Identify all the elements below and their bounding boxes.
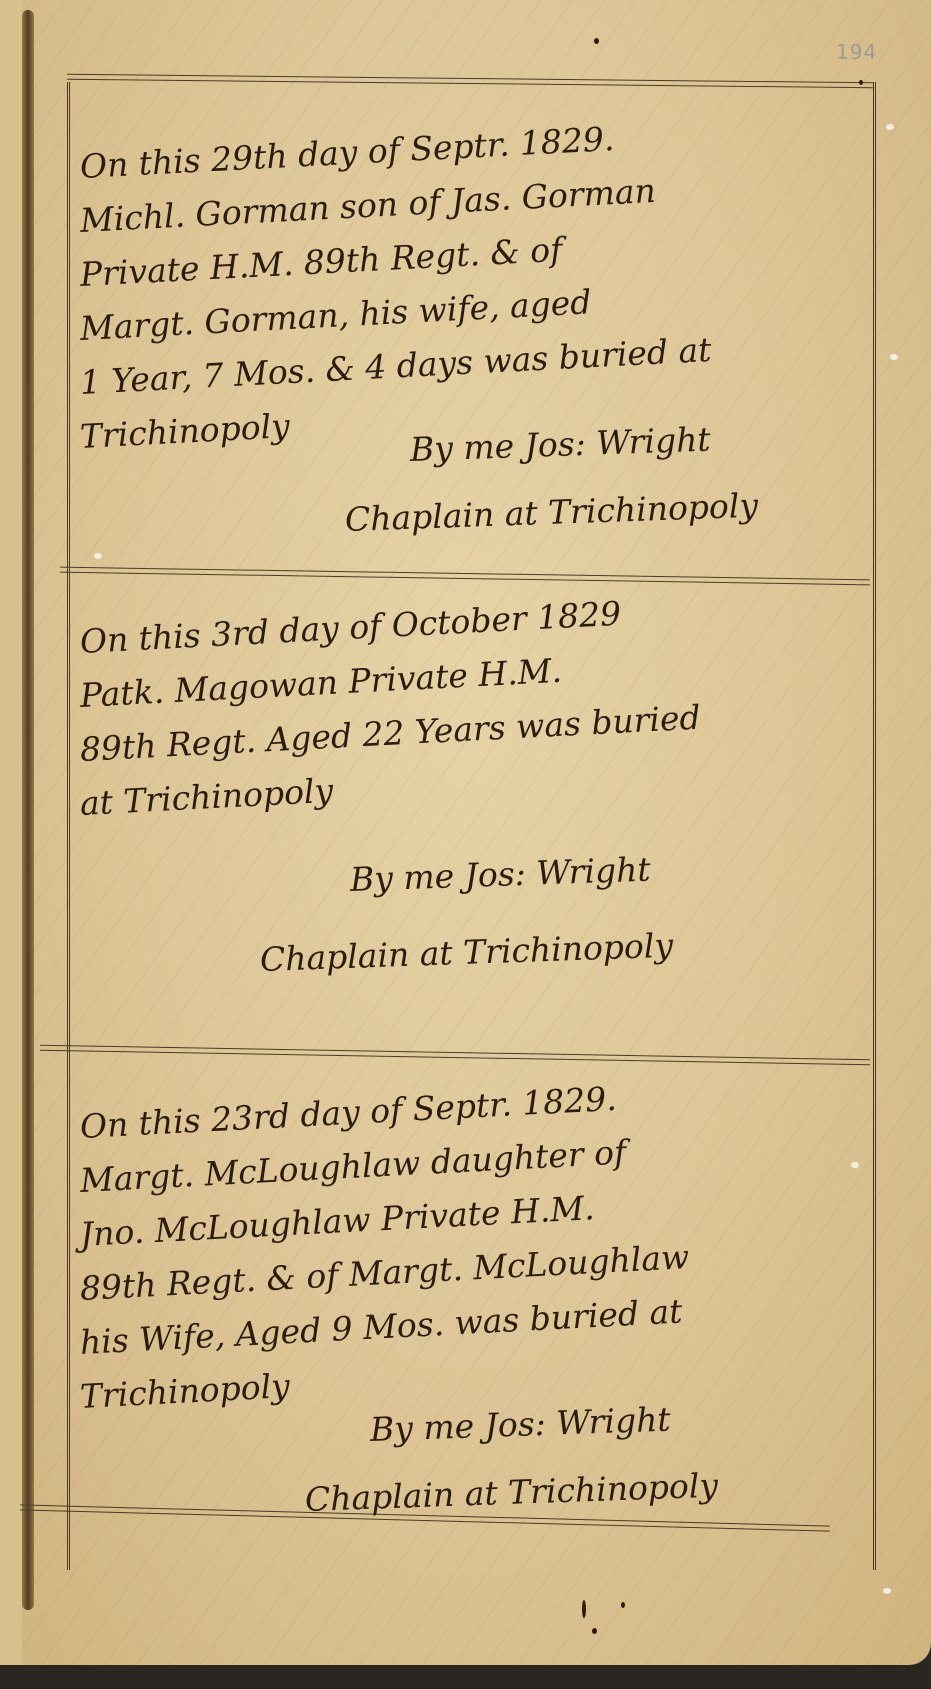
- burial-entry-1: On this 29th day of Septr. 1829. Michl. …: [80, 140, 860, 464]
- light-reflection: [886, 124, 894, 130]
- light-reflection: [851, 1162, 859, 1168]
- signature: By me Jos: Wright: [349, 840, 652, 910]
- facing-page-edge: [0, 0, 22, 1665]
- burial-entry-3: On this 23rd day of Septr. 1829. Margt. …: [80, 1100, 860, 1424]
- book-binding-gutter: [22, 10, 34, 1610]
- ink-dot: [582, 1600, 586, 1618]
- light-reflection: [883, 1588, 891, 1594]
- light-reflection: [890, 354, 898, 360]
- light-reflection: [94, 553, 102, 559]
- entry-line: Trichinopoly: [79, 399, 291, 464]
- burial-entry-2: On this 3rd day of October 1829 Patk. Ma…: [80, 615, 860, 831]
- signature: By me Jos: Wright: [369, 1390, 672, 1460]
- ink-dot: [621, 1602, 625, 1608]
- ink-dot: [592, 1628, 597, 1634]
- ink-dot: [594, 38, 599, 44]
- signature: By me Jos: Wright: [409, 410, 712, 480]
- ink-dot: [859, 80, 863, 85]
- register-page: 194 On this 29th day of Septr. 1829. Mic…: [0, 0, 931, 1665]
- folio-number: 194: [836, 40, 877, 64]
